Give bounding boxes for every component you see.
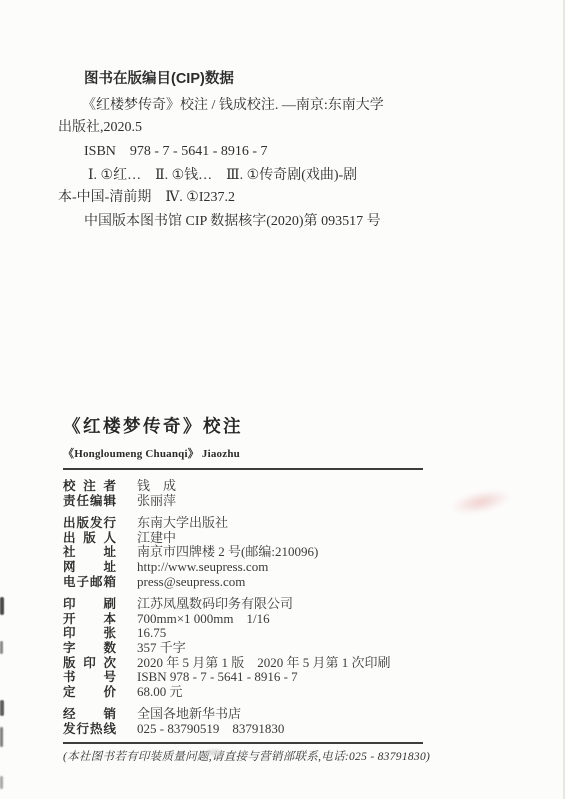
row-value: press@seupress.com <box>137 575 245 590</box>
row-value: 江苏凤凰数码印务有限公司 <box>137 597 293 612</box>
colophon-row-edition: 版印次 2020 年 5 月第 1 版 2020 年 5 月第 1 次印刷 <box>63 656 523 671</box>
cip-isbn-line: ISBN 978 - 7 - 5641 - 8916 - 7 <box>58 141 528 163</box>
row-label: 版印次 <box>63 656 116 671</box>
colophon-row-website: 网址 http://www.seupress.com <box>63 560 523 575</box>
colophon-row-publisher: 出版发行 东南大学出版社 <box>63 516 523 531</box>
row-value: 357 千字 <box>137 641 186 656</box>
row-label: 电子邮箱 <box>63 575 116 590</box>
cip-record-number-line: 中国版本图书馆 CIP 数据核字(2020)第 093517 号 <box>58 211 528 233</box>
row-label: 印张 <box>63 626 116 641</box>
colophon-row-printer: 印刷 江苏凤凰数码印务有限公司 <box>63 597 523 612</box>
scan-artifact <box>206 750 222 755</box>
colophon-row-annotator: 校注者 钱 成 <box>63 479 523 494</box>
row-value: 025 - 83790519 83791830 <box>137 722 284 737</box>
scan-artifact <box>0 700 4 716</box>
row-label: 出版发行 <box>63 516 116 531</box>
book-copyright-page: 图书在版编目(CIP)数据 《红楼梦传奇》校注 / 钱成校注. —南京:东南大学… <box>0 0 566 799</box>
row-label: 校注者 <box>63 479 116 494</box>
cip-classification-line-1: Ⅰ. ①红… Ⅱ. ①钱… Ⅲ. ①传奇剧(戏曲)-剧 <box>58 165 528 187</box>
row-label: 印刷 <box>63 597 116 612</box>
row-label: 开本 <box>63 612 116 627</box>
colophon-row-hotline: 发行热线 025 - 83790519 83791830 <box>63 722 523 737</box>
scan-artifact <box>0 597 4 615</box>
cip-classification-line-2: 本-中国-清前期 Ⅳ. ①I237.2 <box>58 187 528 209</box>
cip-heading: 图书在版编目(CIP)数据 <box>58 68 528 90</box>
row-label: 网址 <box>63 560 116 575</box>
book-title: 《红楼梦传奇》校注 <box>63 413 523 438</box>
row-value: 东南大学出版社 <box>137 516 228 531</box>
colophon-row-publisher-head: 出版人 江建中 <box>63 531 523 546</box>
row-label: 书号 <box>63 670 116 685</box>
colophon-row-format: 开本 700mm×1 000mm 1/16 <box>63 612 523 627</box>
colophon-row-email: 电子邮箱 press@seupress.com <box>63 575 523 590</box>
row-value: ISBN 978 - 7 - 5641 - 8916 - 7 <box>137 670 298 685</box>
scan-edge-line <box>563 0 565 799</box>
row-value: 2020 年 5 月第 1 版 2020 年 5 月第 1 次印刷 <box>137 656 391 671</box>
colophon-row-isbn: 书号 ISBN 978 - 7 - 5641 - 8916 - 7 <box>63 670 523 685</box>
row-value: 张丽萍 <box>137 494 176 509</box>
row-label: 社址 <box>63 545 116 560</box>
row-value: 全国各地新华书店 <box>137 707 241 722</box>
divider-bottom <box>63 742 423 744</box>
row-label: 经销 <box>63 707 116 722</box>
divider-top <box>63 468 423 470</box>
row-label: 发行热线 <box>63 722 116 737</box>
row-value: 700mm×1 000mm 1/16 <box>137 612 270 627</box>
row-label: 定价 <box>63 685 116 700</box>
scan-artifact <box>0 641 3 654</box>
row-value: http://www.seupress.com <box>137 560 268 575</box>
colophon-row-address: 社址 南京市四牌楼 2 号(邮编:210096) <box>63 545 523 560</box>
cip-title-line-1: 《红楼梦传奇》校注 / 钱成校注. —南京:东南大学 <box>58 95 528 117</box>
quality-notice: (本社图书若有印装质量问题,请直接与营销部联系,电话:025 - 8379183… <box>63 748 523 764</box>
cip-title-line-2: 出版社,2020.5 <box>58 117 528 139</box>
colophon-row-word-count: 字数 357 千字 <box>63 641 523 656</box>
colophon-row-sheets: 印张 16.75 <box>63 626 523 641</box>
scan-artifact <box>0 727 3 747</box>
row-label: 出版人 <box>63 531 116 546</box>
row-label: 责任编辑 <box>63 494 116 509</box>
row-value: 江建中 <box>137 531 176 546</box>
colophon-row-price: 定价 68.00 元 <box>63 685 523 700</box>
scan-artifact <box>0 776 3 789</box>
row-value: 南京市四牌楼 2 号(邮编:210096) <box>137 545 318 560</box>
cip-section: 图书在版编目(CIP)数据 《红楼梦传奇》校注 / 钱成校注. —南京:东南大学… <box>58 68 528 233</box>
row-value: 68.00 元 <box>137 685 183 700</box>
row-value: 16.75 <box>137 626 166 641</box>
colophon-section: 《红楼梦传奇》校注 《Hongloumeng Chuanqi》 Jiaozhu … <box>63 413 523 764</box>
colophon-row-distribution: 经销 全国各地新华书店 <box>63 707 523 722</box>
row-label: 字数 <box>63 641 116 656</box>
row-value: 钱 成 <box>137 479 176 494</box>
book-title-pinyin: 《Hongloumeng Chuanqi》 Jiaozhu <box>63 445 523 461</box>
